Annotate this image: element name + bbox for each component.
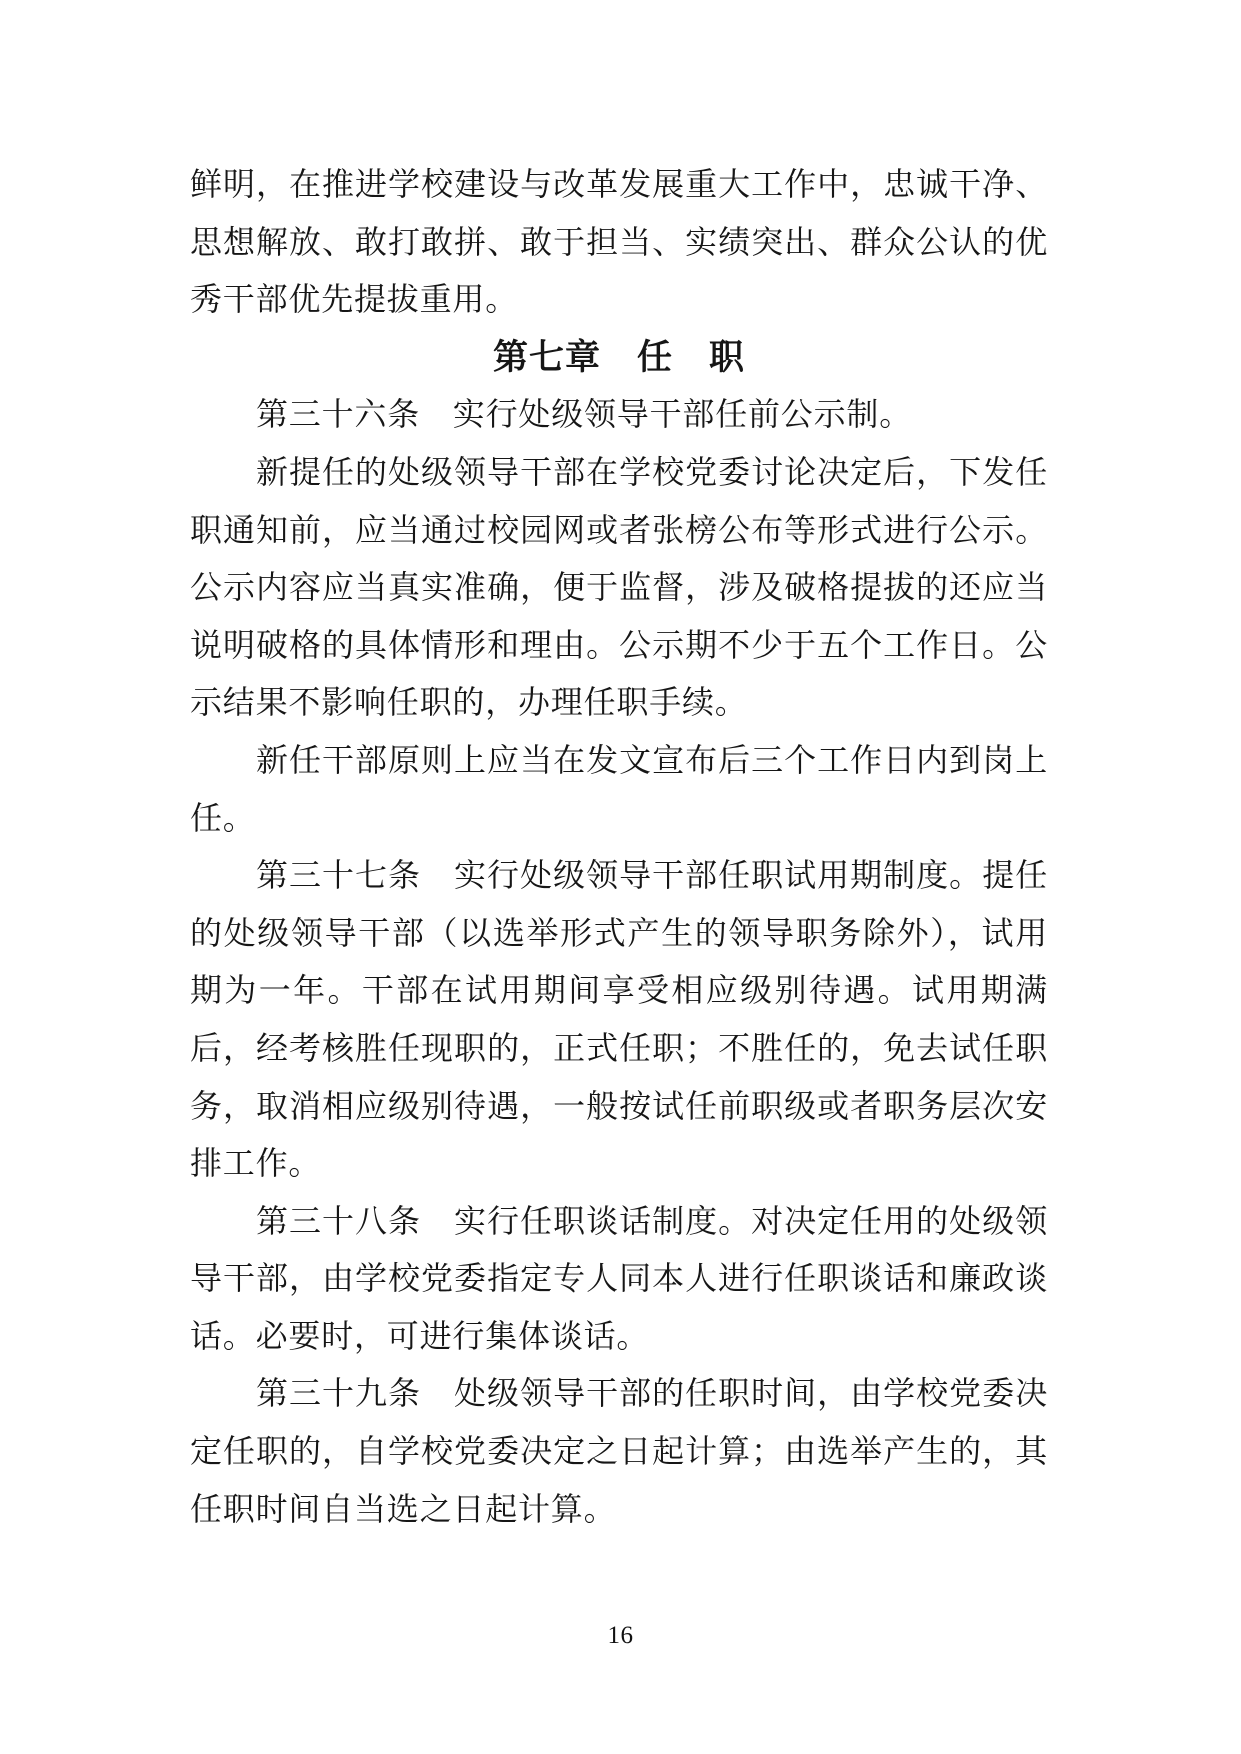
article-paragraph-36: 第三十六条 实行处级领导干部任前公示制。	[190, 386, 1048, 444]
page-number: 16	[0, 1622, 1241, 1650]
body-paragraph: 新任干部原则上应当在发文宣布后三个工作日内到岗上任。	[190, 732, 1048, 847]
chapter-heading: 第七章 任 职	[190, 329, 1048, 387]
article-paragraph-39: 第三十九条 处级领导干部的任职时间，由学校党委决定任职的，自学校党委决定之日起计…	[190, 1365, 1048, 1538]
document-body: 鲜明，在推进学校建设与改革发展重大工作中，忠诚干净、思想解放、敢打敢拼、敢于担当…	[190, 156, 1048, 1538]
continuation-paragraph: 鲜明，在推进学校建设与改革发展重大工作中，忠诚干净、思想解放、敢打敢拼、敢于担当…	[190, 156, 1048, 329]
document-page: 鲜明，在推进学校建设与改革发展重大工作中，忠诚干净、思想解放、敢打敢拼、敢于担当…	[0, 0, 1241, 1754]
article-paragraph-38: 第三十八条 实行任职谈话制度。对决定任用的处级领导干部，由学校党委指定专人同本人…	[190, 1193, 1048, 1366]
body-paragraph: 新提任的处级领导干部在学校党委讨论决定后，下发任职通知前，应当通过校园网或者张榜…	[190, 444, 1048, 732]
article-paragraph-37: 第三十七条 实行处级领导干部任职试用期制度。提任的处级领导干部（以选举形式产生的…	[190, 847, 1048, 1193]
